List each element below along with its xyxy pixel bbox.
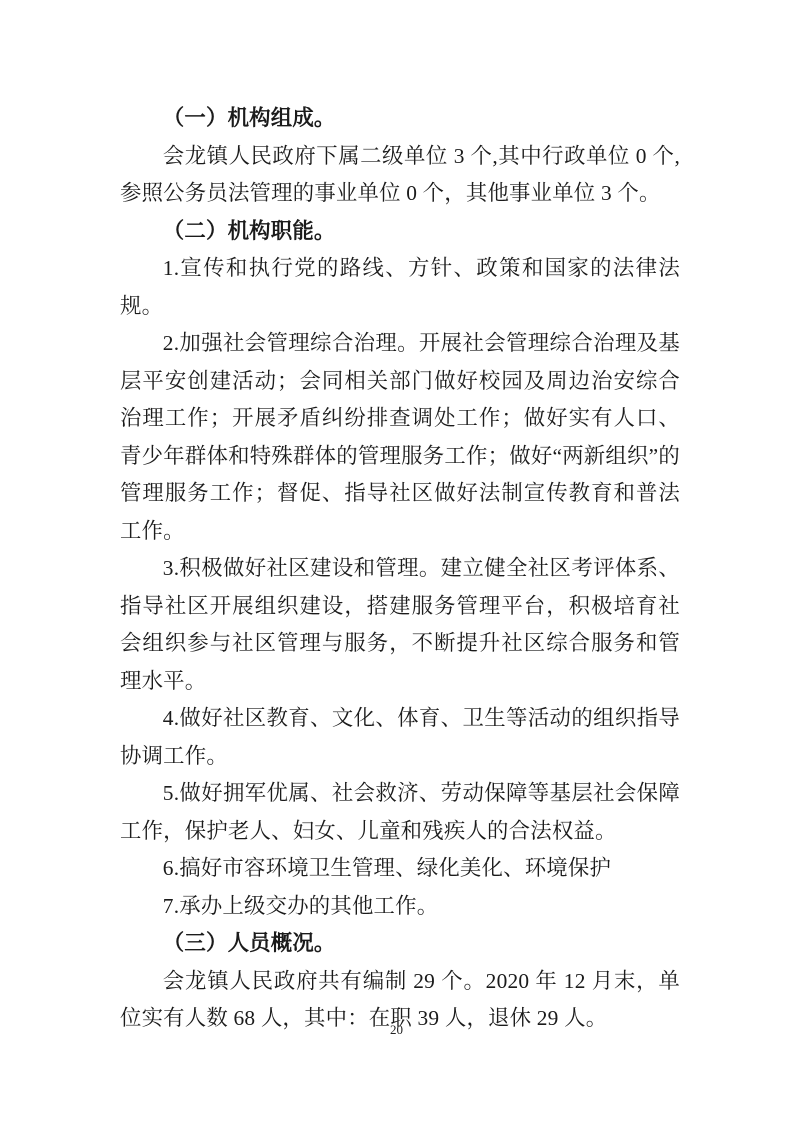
duty-item-3: 3.积极做好社区建设和管理。建立健全社区考评体系、指导社区开展组织建设，搭建服务…	[120, 550, 680, 700]
document-page: （一）机构组成。 会龙镇人民政府下属二级单位 3 个,其中行政单位 0 个,参照…	[0, 0, 793, 1122]
page-number: 20	[390, 1022, 403, 1037]
section-heading-1: （一）机构组成。	[120, 100, 680, 138]
duty-item-2: 2.加强社会管理综合治理。开展社会管理综合治理及基层平安创建活动；会同相关部门做…	[120, 325, 680, 550]
document-body: （一）机构组成。 会龙镇人民政府下属二级单位 3 个,其中行政单位 0 个,参照…	[120, 100, 680, 1038]
duty-item-1: 1.宣传和执行党的路线、方针、政策和国家的法律法规。	[120, 250, 680, 325]
duty-item-5: 5.做好拥军优属、社会救济、劳动保障等基层社会保障工作，保护老人、妇女、儿童和残…	[120, 775, 680, 850]
page-footer: 20	[0, 1022, 793, 1038]
section-heading-3: （三）人员概况。	[120, 925, 680, 963]
duty-item-4: 4.做好社区教育、文化、体育、卫生等活动的组织指导协调工作。	[120, 700, 680, 775]
section-heading-2: （二）机构职能。	[120, 213, 680, 251]
duty-item-6: 6.搞好市容环境卫生管理、绿化美化、环境保护	[120, 850, 680, 888]
duty-item-7: 7.承办上级交办的其他工作。	[120, 888, 680, 926]
paragraph-org-composition: 会龙镇人民政府下属二级单位 3 个,其中行政单位 0 个,参照公务员法管理的事业…	[120, 138, 680, 213]
